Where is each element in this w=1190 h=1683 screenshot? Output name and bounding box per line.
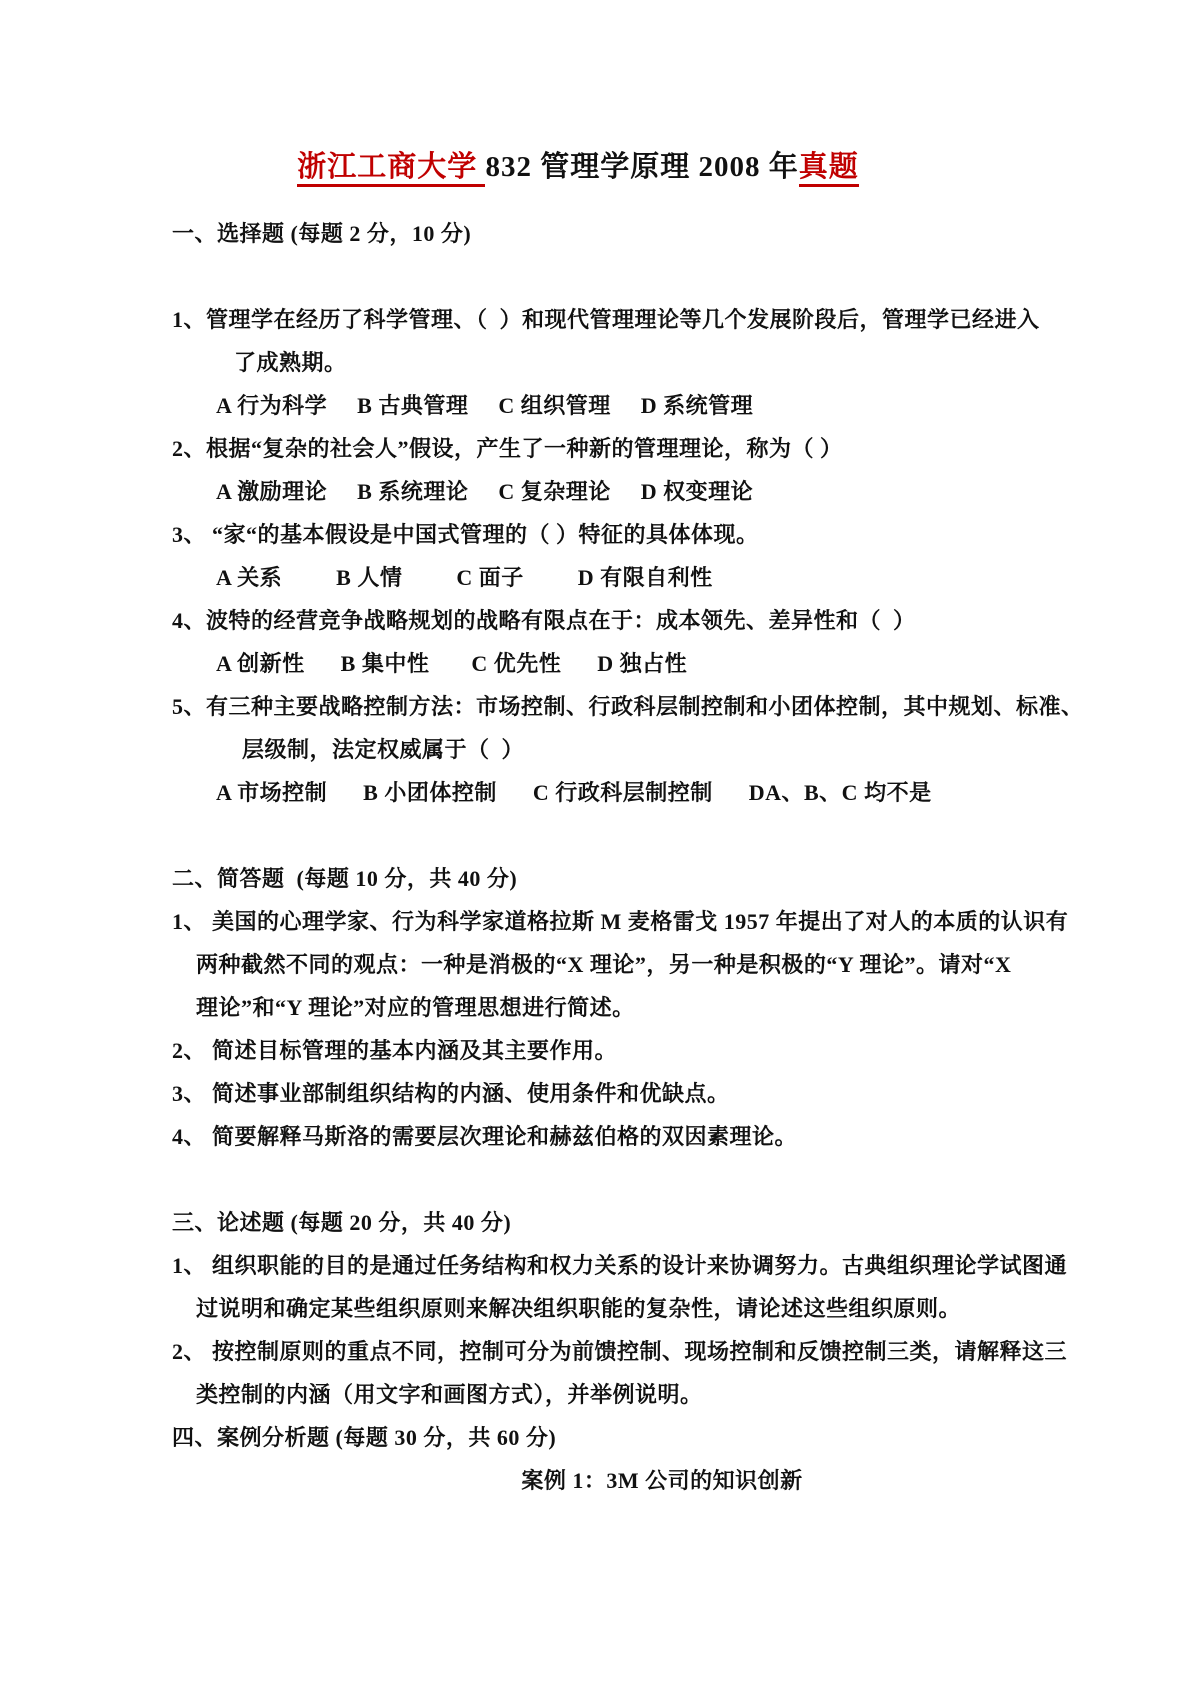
exam-title: 浙江工商大学 832 管理学原理 2008 年真题	[134, 146, 1022, 188]
title-course: 832 管理学原理 2008 年	[485, 151, 798, 183]
blank-line	[172, 1158, 1060, 1201]
question-line: 理论”和“Y 理论”对应的管理思想进行简述。	[172, 986, 1060, 1029]
blank-line	[172, 814, 1060, 857]
options-line: A 激励理论 B 系统理论 C 复杂理论 D 权变理论	[172, 470, 1060, 513]
options-line: A 关系 B 人情 C 面子 D 有限自利性	[172, 556, 1060, 599]
question-line: 1、 美国的心理学家、行为科学家道格拉斯 M 麦格雷戈 1957 年提出了对人的…	[172, 900, 1060, 943]
question-line: 了成熟期。	[172, 341, 1060, 384]
blank-line	[172, 255, 1060, 298]
options-line: A 创新性 B 集中性 C 优先性 D 独占性	[172, 642, 1060, 685]
question-line: 过说明和确定某些组织原则来解决组织职能的复杂性，请论述这些组织原则。	[172, 1287, 1060, 1330]
question-line: 1、 组织职能的目的是通过任务结构和权力关系的设计来协调努力。古典组织理论学试图…	[172, 1244, 1060, 1287]
section-heading: 二、简答题 (每题 10 分，共 40 分)	[172, 857, 1060, 900]
question-line: 类控制的内涵（用文字和画图方式），并举例说明。	[172, 1373, 1060, 1416]
section-heading: 四、案例分析题 (每题 30 分，共 60 分)	[172, 1416, 1060, 1459]
question-line: 两种截然不同的观点：一种是消极的“X 理论”，另一种是积极的“Y 理论”。请对“…	[172, 943, 1060, 986]
question-line: 3、 简述事业部制组织结构的内涵、使用条件和优缺点。	[172, 1072, 1060, 1115]
case-title: 案例 1：3M 公司的知识创新	[218, 1459, 1106, 1502]
options-line: A 行为科学 B 古典管理 C 组织管理 D 系统管理	[172, 384, 1060, 427]
title-university: 浙江工商大学	[297, 151, 485, 187]
options-line: A 市场控制 B 小团体控制 C 行政科层制控制 DA、B、C 均不是	[172, 771, 1060, 814]
question-line: 4、波特的经营竞争战略规划的战略有限点在于：成本领先、差异性和（ ）	[172, 599, 1060, 642]
question-line: 4、 简要解释马斯洛的需要层次理论和赫兹伯格的双因素理论。	[172, 1115, 1060, 1158]
exam-page: 浙江工商大学 832 管理学原理 2008 年真题 一、选择题 (每题 2 分，…	[0, 0, 1190, 1683]
question-line: 层级制，法定权威属于（ ）	[172, 728, 1060, 771]
title-tag: 真题	[799, 151, 859, 187]
exam-body: 一、选择题 (每题 2 分，10 分)1、管理学在经历了科学管理、（ ）和现代管…	[172, 212, 1060, 1502]
question-line: 2、 简述目标管理的基本内涵及其主要作用。	[172, 1029, 1060, 1072]
question-line: 3、 “家“的基本假设是中国式管理的（ ）特征的具体体现。	[172, 513, 1060, 556]
question-line: 1、管理学在经历了科学管理、（ ）和现代管理理论等几个发展阶段后，管理学已经进入	[172, 298, 1060, 341]
section-heading: 一、选择题 (每题 2 分，10 分)	[172, 212, 1060, 255]
section-heading: 三、论述题 (每题 20 分，共 40 分)	[172, 1201, 1060, 1244]
question-line: 2、 按控制原则的重点不同，控制可分为前馈控制、现场控制和反馈控制三类，请解释这…	[172, 1330, 1060, 1373]
question-line: 2、根据“复杂的社会人”假设，产生了一种新的管理理论，称为（ ）	[172, 427, 1060, 470]
question-line: 5、有三种主要战略控制方法：市场控制、行政科层制控制和小团体控制，其中规划、标准…	[172, 685, 1060, 728]
